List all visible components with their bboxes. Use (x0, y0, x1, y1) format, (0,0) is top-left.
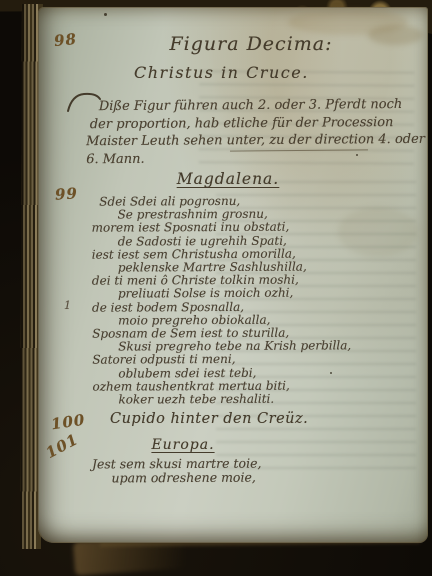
figure-subtitle: Christus in Cruce. (134, 63, 309, 82)
magdalena-verses: Sdei Sdei ali pogrosnu,Se prestrashnim g… (91, 194, 351, 407)
cupido-stage-direction: Cupido hinter den Creüz. (110, 411, 308, 427)
folio-number-100: 100 (50, 411, 86, 434)
stage-direction-line: Maister Leuth sehen unter, zu der direct… (86, 131, 425, 151)
stage-direction-line: Diße Figur führen auch 2. oder 3. Pferdt… (86, 96, 425, 116)
figure-title: Figura Decima: (136, 33, 366, 55)
manuscript-page: 98 Figura Decima: Christus in Cruce. Diß… (38, 7, 428, 543)
folio-number-98: 98 (53, 30, 78, 50)
verse-line: upam odreshene moie, (92, 471, 262, 486)
ink-speck (104, 13, 107, 16)
section-heading-europa: Europa. (100, 437, 266, 453)
section-heading-magdalena: Magdalena. (138, 170, 318, 188)
manuscript-photo: 98 Figura Decima: Christus in Cruce. Diß… (0, 0, 432, 576)
margin-mark: 1 (64, 299, 71, 312)
verse-line: koker uezh tebe reshaliti. (92, 392, 351, 407)
stage-direction: Diße Figur führen auch 2. oder 3. Pferdt… (86, 96, 425, 168)
folio-number-101: 101 (43, 430, 82, 462)
page-stain (368, 25, 423, 45)
folio-number-99: 99 (54, 184, 78, 204)
europa-verses: Jest sem skusi martre toie,upam odreshen… (92, 457, 262, 486)
